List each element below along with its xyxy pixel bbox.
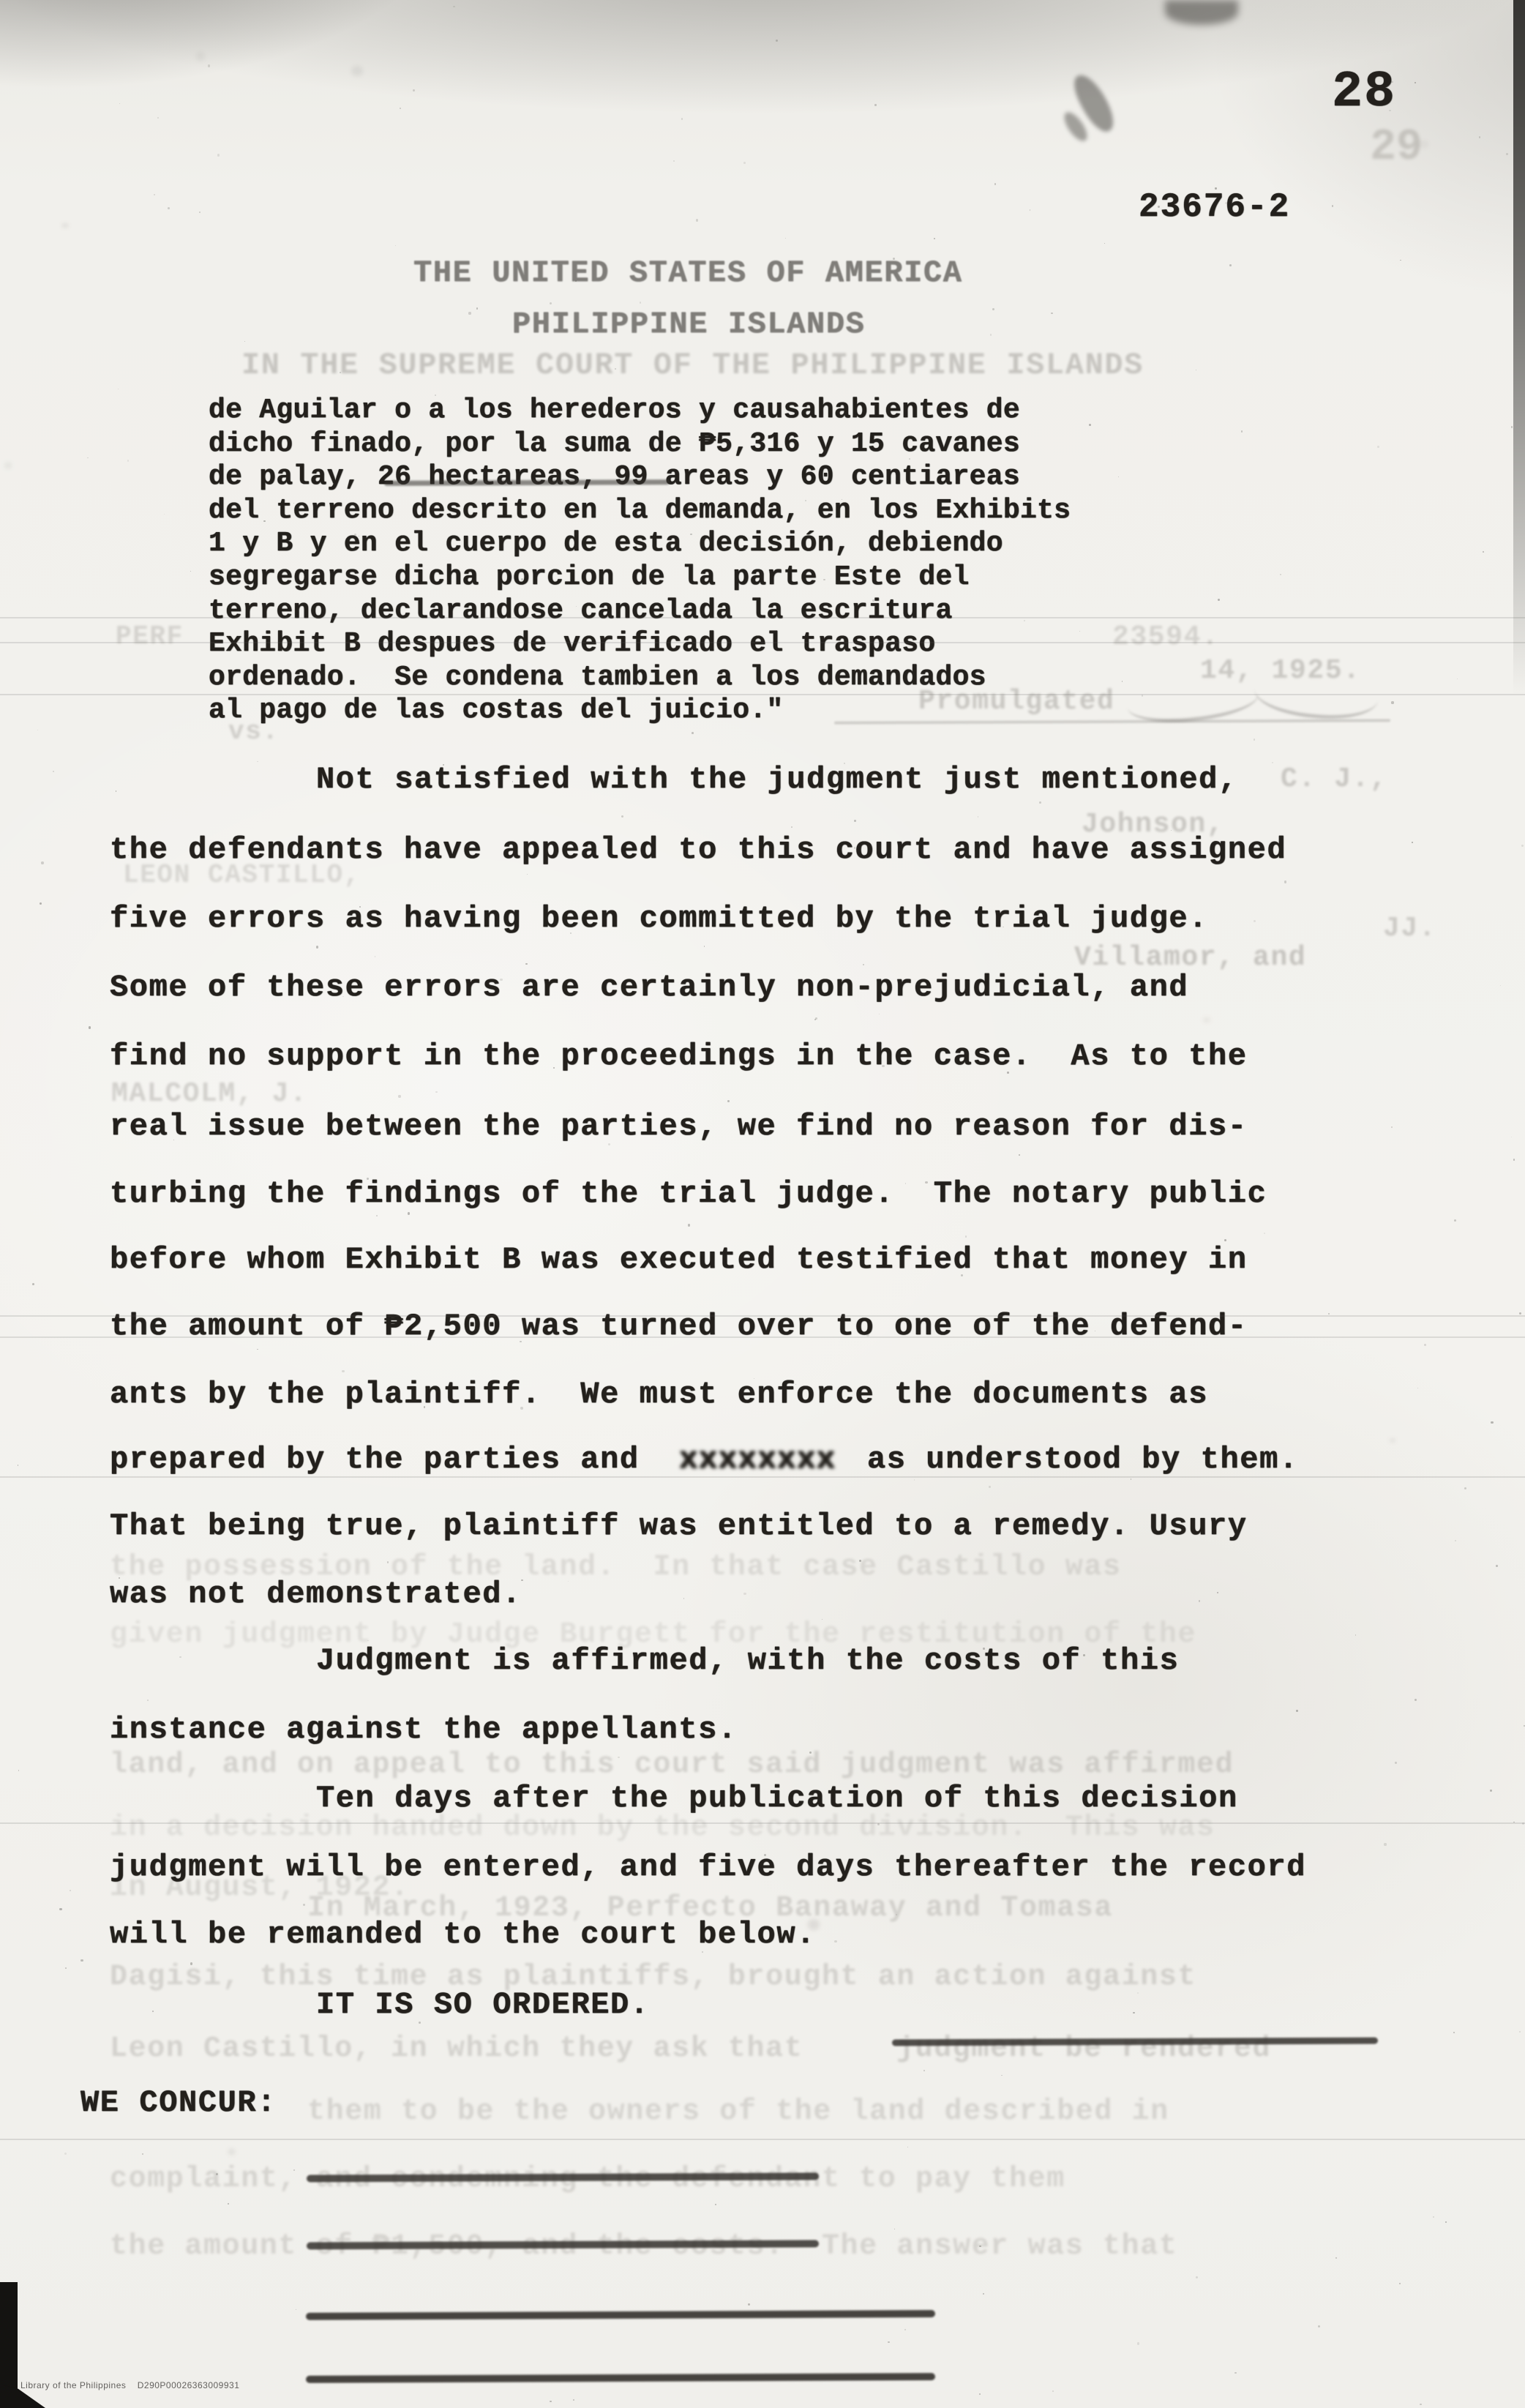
paper-speck [1264, 1233, 1266, 1235]
paper-speck [923, 2070, 924, 2071]
case-number: 23676-2 [1139, 189, 1290, 226]
paper-speck [776, 40, 779, 42]
text-line: prepared by the parties and [110, 1443, 640, 1476]
paper-speck [1445, 2221, 1447, 2223]
quote-line: ordenado. Se condena tambien a los deman… [209, 662, 986, 693]
paper-speck [834, 1940, 836, 1943]
paper-speck [615, 368, 615, 369]
paper-speck [683, 1598, 685, 1599]
paper-speck [359, 906, 361, 908]
ghost-line: JJ. [1383, 913, 1436, 944]
paper-speck [1464, 1487, 1466, 1489]
paper-speck [1199, 1600, 1201, 1602]
quote-line: de Aguilar o a los herederos y causahabi… [209, 395, 1020, 426]
paper-speck [190, 1962, 192, 1964]
paper-speck [422, 505, 424, 506]
paper-speck [1355, 1634, 1357, 1636]
paper-speck [1519, 2031, 1521, 2033]
text-line: judgment will be entered, and five days … [110, 1850, 1306, 1884]
paper-speck [550, 302, 552, 304]
paper-speck [696, 219, 698, 221]
text-line: ants by the plaintiff. We must enforce t… [110, 1377, 1208, 1411]
paper-speck [608, 1143, 610, 1145]
paper-speck [1424, 1344, 1426, 1346]
paper-speck [692, 732, 694, 734]
paper-speck [1019, 1154, 1020, 1156]
document-page: 28 29 23676-2 THE UNITED STATES OF AMERI… [0, 0, 1525, 2408]
paper-speck [907, 2147, 908, 2147]
paper-speck [257, 761, 258, 762]
text-line: turbing the findings of the trial judge.… [110, 1177, 1267, 1211]
paper-speck [375, 956, 375, 957]
quote-line: de palay, 26 hectareas, 99 areas y 60 ce… [209, 462, 1020, 493]
quote-line: Exhibit B despues de verificado el trasp… [209, 629, 935, 659]
quote-line: dicho finado, por la suma de ₱5,316 y 15… [209, 429, 1020, 460]
text-line: IT IS SO ORDERED. [316, 1988, 650, 2022]
paper-speck [754, 1378, 754, 1379]
overstruck-word: xxxxxxxx [679, 1443, 836, 1476]
paper-speck [179, 1656, 181, 1658]
scan-rule [0, 1476, 1525, 1478]
paper-speck [354, 534, 356, 536]
paper-speck [863, 964, 864, 965]
text-line: as understood by them. [867, 1443, 1299, 1476]
paper-speck [979, 2393, 981, 2395]
ghost-line: PERF [116, 622, 184, 651]
paper-speck [1083, 1654, 1085, 1656]
paper-speck [271, 441, 272, 443]
paper-speck [59, 1908, 61, 1910]
paper-speck [1280, 574, 1281, 575]
paper-speck [1395, 1762, 1396, 1763]
strike-line [834, 719, 1390, 724]
paper-speck [142, 2153, 143, 2155]
paper-speck [743, 1593, 746, 1595]
paper-speck [1104, 243, 1105, 244]
paper-speck [419, 2022, 421, 2024]
paper-speck [894, 2229, 895, 2229]
paper-speck [1196, 2276, 1198, 2278]
paper-speck [925, 1181, 927, 1184]
paper-speck [983, 2293, 984, 2295]
paper-speck [1254, 920, 1256, 922]
paper-speck [527, 874, 528, 875]
paper-smudge [351, 66, 363, 76]
paper-speck [1218, 599, 1220, 601]
paper-speck [888, 2341, 890, 2344]
paper-speck [704, 946, 705, 947]
paper-speck [791, 826, 793, 828]
paper-speck [1500, 985, 1501, 986]
paper-speck [1417, 1388, 1418, 1388]
scan-rule [0, 1336, 1525, 1338]
paper-speck [525, 963, 527, 965]
paper-speck [127, 460, 130, 462]
paper-speck [435, 1091, 438, 1093]
paper-speck [40, 902, 42, 905]
paper-speck [690, 534, 692, 536]
paper-speck [640, 1393, 642, 1395]
paper-smudge [1390, 1439, 1395, 1442]
paper-speck [785, 238, 787, 239]
paper-speck [65, 1967, 67, 1969]
paper-speck [706, 1454, 707, 1455]
ghost-line: land, and on appeal to this court said j… [110, 1749, 1234, 1781]
strike-line [892, 2038, 1378, 2046]
quote-line: 1 y B y en el cuerpo de esta decisión, d… [209, 528, 1003, 559]
ghost-page-number: 29 [1370, 123, 1423, 173]
paper-smudge [1203, 1017, 1210, 1023]
paper-speck [904, 2329, 906, 2330]
paper-speck [376, 1215, 378, 1216]
page-number: 28 [1332, 64, 1396, 121]
paper-speck [879, 1014, 880, 1014]
paper-speck [217, 154, 220, 156]
paper-speck [854, 820, 856, 822]
paper-speck [1122, 681, 1123, 682]
paper-speck [1030, 209, 1030, 210]
text-line: the defendants have appealed to this cou… [110, 833, 1286, 867]
paper-speck [1506, 153, 1508, 155]
paper-speck [1224, 1239, 1226, 1241]
paper-speck [854, 847, 855, 848]
paper-speck [688, 1224, 691, 1227]
ghost-line: Villamor, and [1074, 943, 1306, 973]
paper-speck [1215, 187, 1216, 189]
text-line: real issue between the parties, we find … [110, 1110, 1248, 1143]
paper-speck [859, 1560, 861, 1562]
paper-speck [1024, 620, 1025, 621]
paper-speck [257, 1349, 258, 1350]
paper-speck [1496, 1565, 1499, 1568]
paper-speck [1483, 551, 1484, 553]
paper-speck [1079, 631, 1080, 632]
text-line: the amount of ₱2,500 was turned over to … [110, 1309, 1248, 1343]
paper-speck [809, 1751, 812, 1754]
quote-line: al pago de las costas del juicio." [209, 695, 784, 726]
paper-speck [992, 308, 994, 310]
ghost-line: MALCOLM, J. [111, 1079, 307, 1110]
paper-speck [681, 118, 683, 120]
paper-speck [1196, 370, 1196, 370]
paper-speck [795, 1384, 796, 1385]
paper-speck [1137, 2342, 1139, 2344]
paper-speck [64, 2153, 67, 2155]
paper-speck [1101, 1129, 1101, 1129]
paper-speck [70, 1890, 71, 1891]
paper-speck [1391, 701, 1393, 703]
paper-speck [520, 1407, 523, 1410]
paper-speck [80, 1959, 83, 1962]
paper-speck [575, 280, 577, 282]
paper-smudge [4, 462, 12, 469]
paper-speck [1133, 2012, 1135, 2014]
paper-speck [168, 207, 170, 209]
paper-speck [1415, 82, 1416, 83]
paper-speck [1284, 880, 1287, 883]
paper-speck [550, 2401, 552, 2403]
paper-speck [53, 771, 54, 772]
paper-speck [395, 245, 396, 246]
paper-speck [1332, 205, 1334, 207]
text-line: Not satisfied with the judgment just men… [316, 763, 1238, 796]
ghost-line: C. J., [1281, 764, 1387, 795]
paper-speck [823, 579, 825, 580]
ghost-line: in a decision handed down by the second … [110, 1812, 1215, 1844]
paper-smudge [228, 2149, 235, 2154]
paper-speck [1391, 81, 1393, 83]
paper-speck [1491, 1421, 1493, 1424]
paper-speck [340, 372, 341, 373]
ghost-line: Dagisi, this time as plaintiffs, brought… [110, 1962, 1196, 1994]
paper-speck [1513, 1159, 1515, 1160]
paper-speck [1217, 1592, 1218, 1593]
paper-speck [1335, 2257, 1338, 2259]
paper-speck [1114, 1251, 1116, 1253]
paper-speck [1089, 424, 1091, 426]
paper-speck [1455, 1540, 1456, 1541]
paper-speck [621, 815, 623, 818]
paper-speck [387, 1561, 389, 1563]
text-line: will be remanded to the court below. [110, 1918, 816, 1951]
paper-speck [351, 1451, 351, 1451]
paper-speck [965, 1235, 967, 1238]
text-line: Some of these errors are certainly non-p… [110, 971, 1188, 1004]
paper-speck [128, 855, 129, 856]
text-line: WE CONCUR: [80, 2086, 277, 2120]
paper-speck [1272, 762, 1273, 763]
scan-rule [0, 1822, 1525, 1824]
paper-speck [37, 730, 38, 730]
ghost-line: 23594. [1112, 622, 1219, 653]
paper-speck [1511, 426, 1513, 428]
paper-speck [1007, 1072, 1009, 1074]
paper-speck [1118, 476, 1119, 477]
paper-speck [216, 2173, 218, 2175]
paper-speck [1039, 801, 1041, 804]
paper-speck [978, 816, 979, 818]
strike-line [306, 2373, 935, 2383]
paper-speck [228, 2203, 229, 2205]
paper-speck [378, 1921, 380, 1923]
paper-speck [1433, 2216, 1434, 2218]
paper-speck [989, 1486, 991, 1488]
paper-speck [1384, 1843, 1386, 1845]
paper-speck [482, 1457, 482, 1458]
paper-speck [173, 1140, 174, 1140]
paper-speck [157, 117, 159, 119]
paper-speck [316, 946, 318, 948]
paper-speck [521, 1579, 522, 1581]
text-line: That being true, plaintiff was entitled … [110, 1509, 1248, 1543]
paper-speck [468, 312, 471, 314]
paper-speck [1400, 260, 1401, 261]
ghost-line: Leon Castillo, in which they ask that [110, 2033, 803, 2065]
paper-speck [87, 457, 89, 459]
paper-speck [990, 334, 992, 335]
paper-speck [673, 160, 675, 162]
paper-speck [702, 1951, 703, 1953]
quote-line: segregarse dicha porcion de la parte Est… [209, 562, 970, 593]
paper-speck [342, 1370, 344, 1372]
paper-speck [1001, 2075, 1003, 2076]
quote-line: del terreno descrito en la demanda, en l… [209, 496, 1071, 526]
paper-speck [89, 1026, 91, 1029]
paper-speck [244, 341, 245, 342]
paper-speck [1521, 845, 1524, 847]
paper-speck [1296, 1710, 1298, 1712]
paper-speck [757, 402, 759, 404]
paper-speck [118, 389, 119, 389]
paper-speck [453, 6, 454, 7]
paper-speck [408, 1212, 410, 1214]
paper-speck [1453, 2032, 1455, 2033]
text-line: five errors as having been committed by … [110, 902, 1208, 935]
paper-speck [1229, 264, 1232, 266]
paper-speck [1511, 1137, 1512, 1137]
paper-speck [208, 64, 210, 67]
scan-smudge-top [1165, 0, 1238, 25]
paper-speck [640, 302, 641, 303]
paper-speck [866, 1334, 869, 1336]
paper-speck [715, 2204, 716, 2205]
paper-speck [32, 1283, 34, 1285]
paper-speck [296, 2309, 296, 2310]
paper-speck [199, 212, 201, 213]
paper-speck [147, 1700, 149, 1701]
paper-speck [599, 705, 601, 707]
paper-speck [727, 1100, 730, 1102]
paper-speck [190, 571, 191, 572]
text-line: Ten days after the publication of this d… [316, 1781, 1238, 1815]
paper-smudge [1419, 141, 1428, 148]
paper-speck [573, 2399, 574, 2401]
paper-speck [1522, 1822, 1524, 1825]
paper-speck [400, 108, 401, 109]
paper-speck [842, 499, 842, 500]
paper-speck [119, 103, 120, 104]
paper-speck [983, 1648, 985, 1650]
paper-speck [1524, 1725, 1525, 1727]
scan-edge-right [1513, 0, 1525, 695]
paper-speck [909, 458, 910, 460]
paper-smudge [808, 1919, 820, 1930]
paper-speck [18, 1465, 18, 1465]
scan-rule [0, 617, 1525, 618]
ghost-line: them to be the owners of the land descri… [307, 2096, 1169, 2128]
paper-speck [303, 1904, 305, 1906]
paper-speck [914, 1479, 915, 1481]
paper-speck [1415, 1699, 1417, 1702]
ghost-line: IN THE SUPREME COURT OF THE PHILIPPINE I… [241, 348, 1144, 382]
paper-speck [476, 307, 478, 309]
paper-speck [1490, 1790, 1491, 1791]
ghost-line: 14, 1925. [1200, 656, 1361, 687]
paper-speck [1022, 923, 1024, 925]
scan-rule [0, 642, 1525, 643]
paper-speck [1377, 446, 1379, 448]
paper-speck [994, 183, 996, 184]
paper-speck [1328, 1313, 1330, 1315]
paper-speck [1454, 1219, 1456, 1222]
paper-speck [1412, 842, 1412, 842]
paper-speck [1131, 1478, 1132, 1480]
quote-line: terreno, declarandose cancelada la escri… [209, 596, 953, 627]
paper-speck [1254, 739, 1255, 740]
scan-rule [0, 694, 1525, 695]
paper-speck [520, 1341, 521, 1342]
paper-speck [934, 238, 935, 239]
paper-speck [1457, 678, 1458, 679]
paper-speck [424, 1406, 426, 1408]
text-line: was not demonstrated. [110, 1577, 522, 1611]
paper-speck [18, 1770, 20, 1771]
paper-speck [402, 1930, 403, 1932]
library-watermark: Library of the Philippines D290P00026363… [20, 2380, 239, 2390]
paper-speck [398, 1095, 400, 1097]
paper-speck [413, 89, 415, 91]
paper-speck [1225, 202, 1227, 204]
paper-smudge [61, 223, 70, 228]
paper-speck [1420, 2404, 1421, 2405]
paper-speck [1318, 2325, 1320, 2327]
header-territory: PHILIPPINE ISLANDS [512, 307, 865, 341]
paper-speck [570, 932, 572, 934]
paper-speck [152, 2011, 154, 2012]
header-country: THE UNITED STATES OF AMERICA [413, 256, 963, 290]
paper-speck [1241, 430, 1243, 432]
paper-speck [1399, 2283, 1401, 2284]
text-line: instance against the appellants. [110, 1713, 738, 1746]
paper-speck [743, 162, 746, 164]
text-line: before whom Exhibit B was executed testi… [110, 1243, 1248, 1276]
strike-line [306, 2310, 935, 2320]
paper-speck [164, 514, 165, 515]
paper-speck [41, 861, 44, 864]
text-line: Judgment is affirmed, with the costs of … [316, 1644, 1179, 1678]
paper-speck [154, 194, 155, 195]
paper-speck [1052, 2390, 1054, 2392]
paper-speck [1158, 206, 1160, 208]
paper-speck [1519, 1312, 1522, 1315]
text-line: find no support in the proceedings in th… [110, 1039, 1248, 1073]
paper-smudge [196, 52, 205, 61]
paper-speck [116, 790, 116, 791]
paper-speck [874, 104, 877, 106]
paper-speck [882, 1065, 884, 1067]
paper-speck [1234, 2372, 1237, 2374]
paper-speck [1479, 136, 1480, 138]
scan-rule [0, 1315, 1525, 1317]
paper-speck [553, 1067, 555, 1069]
paper-speck [1051, 313, 1053, 315]
paper-speck [1391, 1126, 1393, 1129]
scan-rule [0, 2139, 1525, 2140]
paper-speck [748, 2303, 750, 2306]
